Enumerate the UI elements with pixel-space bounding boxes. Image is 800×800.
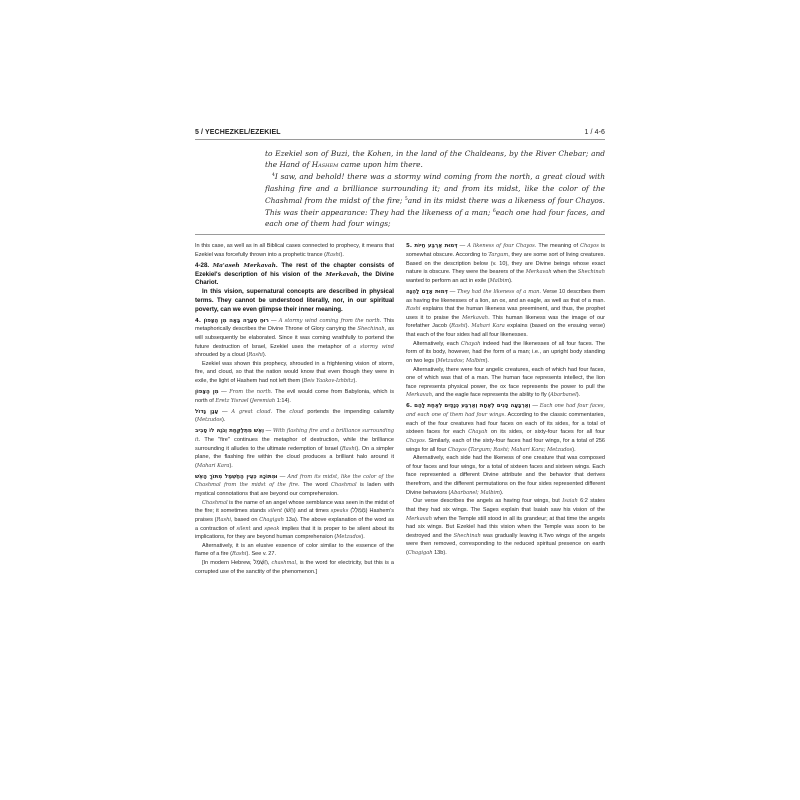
commentary-paragraph: In this case, as well as in all Biblical… bbox=[195, 242, 394, 259]
italic-citation: Isaiah bbox=[562, 498, 578, 504]
text-run: [In modern Hebrew, חַשְׁמַל, bbox=[202, 560, 272, 566]
text-run: wanted to perform an act in exile ( bbox=[406, 278, 490, 284]
text-run: Alternatively, there were four angelic c… bbox=[406, 367, 605, 390]
text-run: Alternatively, it is an elusive essence … bbox=[195, 543, 394, 558]
italic-citation: Shechinah bbox=[454, 533, 481, 539]
italic-citation: Jeremiah bbox=[252, 398, 275, 404]
commentary-paragraph: Alternatively, each side had the likenes… bbox=[406, 454, 605, 497]
italic-citation: Chashmal bbox=[202, 500, 228, 506]
verse-3-continuation: to Ezekiel son of Buzi, the Kohen, in th… bbox=[265, 148, 605, 170]
text-run: and bbox=[251, 526, 265, 532]
text-run: ). bbox=[229, 463, 232, 469]
commentary-paragraph: וּמִתּוֹכָהּ כְּעֵין הַחַשְׁמַל מִתּוֹךְ… bbox=[195, 473, 394, 499]
commentary-paragraph: 5. דְּמוּת אַרְבַּע חַיּוֹת — A likeness… bbox=[406, 242, 605, 285]
text-run: In this case, as well as in all Biblical… bbox=[195, 243, 394, 258]
italic-citation: cloud bbox=[289, 409, 303, 415]
hebrew-lemma: רוּחַ סְעָרָה בָּאָה מִן הַצָּפוֹן bbox=[203, 318, 268, 324]
text-run: — bbox=[278, 474, 288, 480]
italic-citation: Chayos bbox=[448, 447, 467, 453]
italic-citation: Targum; Rashi; Mahari Kara; Metzudos bbox=[470, 447, 572, 453]
hebrew-lemma: וְאֵשׁ מִתְלַקַּחַת וְנֹגַהּ לוֹ סָבִיב bbox=[195, 428, 264, 434]
italic-citation: A likeness of four Chayos. bbox=[467, 243, 536, 249]
text-run: ). bbox=[509, 278, 512, 284]
italic-citation: Metzudos bbox=[336, 534, 361, 540]
text-run: came upon him there. bbox=[338, 160, 423, 169]
italic-citation: Beis Yaakov-Izhbitz bbox=[304, 378, 354, 384]
italic-citation: Rashi bbox=[232, 551, 247, 557]
italic-citation: Merkavah bbox=[406, 392, 432, 398]
italic-citation: Metzudos bbox=[197, 417, 222, 423]
italic-citation: Chayah bbox=[468, 429, 487, 435]
italic-citation: Eretz Yisrael bbox=[215, 398, 248, 404]
text-run: ). bbox=[572, 447, 575, 453]
italic-citation: Chashmal bbox=[331, 482, 357, 488]
italic-citation: Shechinah bbox=[578, 269, 605, 275]
text-run: on its sides, or sixty-four faces for al… bbox=[488, 429, 605, 435]
italic-citation: Rashi bbox=[451, 323, 466, 329]
section-heading: 4-28. Ma'aseh Merkavah. The rest of the … bbox=[195, 262, 394, 288]
text-run: The word bbox=[300, 482, 331, 488]
italic-citation: Malbim bbox=[490, 278, 510, 284]
italic-citation: speak bbox=[264, 526, 279, 532]
italic-citation: Ma'aseh Merkavah. bbox=[213, 263, 278, 269]
italic-citation: Shechinah bbox=[358, 326, 385, 332]
commentary-left-column: In this case, as well as in all Biblical… bbox=[195, 242, 394, 578]
commentary-paragraph: Our verse describes the angels as having… bbox=[406, 497, 605, 557]
italic-citation: silent bbox=[236, 526, 250, 532]
italic-citation: chashmal bbox=[272, 560, 297, 566]
italic-citation: Chayos bbox=[406, 438, 425, 444]
text-run: — bbox=[448, 289, 457, 295]
commentary-paragraph: 4. רוּחַ סְעָרָה בָּאָה מִן הַצָּפוֹן — … bbox=[195, 317, 394, 360]
commentary-paragraph: Alternatively, there were four angelic c… bbox=[406, 366, 605, 401]
commentary-paragraph: [In modern Hebrew, חַשְׁמַל, chashmal, i… bbox=[195, 559, 394, 576]
italic-citation: Merkavah bbox=[526, 269, 552, 275]
hebrew-lemma: עָנָן גָּדוֹל bbox=[195, 409, 218, 415]
commentary-paragraph: 6. וְאַרְבָּעָה פָנִים לְאֶחָת וְאַרְבַּ… bbox=[406, 402, 605, 454]
text-run: ). bbox=[500, 490, 503, 496]
commentary: In this case, as well as in all Biblical… bbox=[195, 242, 605, 578]
hebrew-lemma: דְּמוּת אָדָם לָהֵנָּה bbox=[406, 289, 448, 295]
verses-4-6: 4I saw, and behold! there was a stormy w… bbox=[265, 170, 605, 229]
text-run: ). bbox=[263, 352, 266, 358]
italic-citation: Rashi bbox=[217, 517, 232, 523]
commentary-paragraph: Alternatively, each Chayah indeed had th… bbox=[406, 340, 605, 366]
divider-rule bbox=[195, 234, 605, 235]
italic-citation: silent bbox=[268, 508, 282, 514]
italic-citation: Merkavah bbox=[462, 315, 488, 321]
chapter-verse-range: 1 / 4-6 bbox=[584, 129, 605, 136]
text-run: shrouded by a cloud ( bbox=[195, 352, 248, 358]
text-run: 4-28. bbox=[195, 262, 213, 269]
text-run: ). bbox=[486, 358, 489, 364]
text-run: ). bbox=[577, 392, 580, 398]
text-run: Alternatively, each bbox=[413, 341, 461, 347]
text-run: ). bbox=[222, 417, 225, 423]
italic-citation: Rashi bbox=[406, 306, 421, 312]
italic-citation: a stormy wind bbox=[353, 344, 394, 350]
commentary-paragraph: Chashmal is the name of an angel whose s… bbox=[195, 499, 394, 542]
italic-citation: Rashi bbox=[248, 352, 263, 358]
text-run: (חַשׁ) and at times bbox=[282, 508, 331, 514]
commentary-paragraph: מִן הַצָּפוֹן — From the north. The evil… bbox=[195, 388, 394, 405]
text-run: — bbox=[458, 243, 468, 249]
text-run: Our verse describes the angels as having… bbox=[413, 498, 562, 504]
italic-citation: Mahari Kara bbox=[197, 463, 230, 469]
text-run: , and the eagle face represents the abil… bbox=[432, 392, 550, 398]
commentary-paragraph: דְּמוּת אָדָם לָהֵנָּה — They had the li… bbox=[406, 288, 605, 340]
commentary-paragraph: עָנָן גָּדוֹל — A great cloud. The cloud… bbox=[195, 408, 394, 425]
text-run: ). bbox=[341, 252, 344, 258]
italic-citation: Chayos bbox=[580, 243, 599, 249]
text-run: ). bbox=[354, 378, 357, 384]
text-run: ). See v. 27. bbox=[247, 551, 277, 557]
italic-citation: Metzudos; Malbim bbox=[437, 358, 485, 364]
text-run: 1:14). bbox=[275, 398, 291, 404]
italic-citation: From the north. bbox=[229, 389, 272, 395]
commentary-paragraph: Ezekiel was shown this prophecy, shroude… bbox=[195, 360, 394, 386]
commentary-right-column: 5. דְּמוּת אַרְבַּע חַיּוֹת — A likeness… bbox=[406, 242, 605, 578]
commentary-paragraph: וְאֵשׁ מִתְלַקַּחַת וְנֹגַהּ לוֹ סָבִיב … bbox=[195, 427, 394, 470]
text-run: when the bbox=[552, 269, 578, 275]
text-run: — bbox=[264, 428, 273, 434]
italic-citation: Rashi bbox=[342, 446, 357, 452]
italic-citation: Abarbanel; Malbim bbox=[450, 490, 500, 496]
italic-citation: Rashi bbox=[326, 252, 341, 258]
section-intro: In this vision, supernatural concepts ar… bbox=[195, 288, 394, 314]
hebrew-lemma: דְּמוּת אַרְבַּע חַיּוֹת bbox=[414, 243, 457, 249]
running-head-title: 5 / YECHEZKEL/EZEKIEL bbox=[195, 129, 281, 136]
hebrew-lemma: וּמִתּוֹכָהּ כְּעֵין הַחַשְׁמַל מִתּוֹךְ… bbox=[195, 474, 278, 480]
text-run: , based on bbox=[231, 517, 259, 523]
text-run: 6. bbox=[406, 403, 414, 409]
italic-citation: Targum bbox=[488, 252, 508, 258]
running-head: 5 / YECHEZKEL/EZEKIEL 1 / 4-6 bbox=[195, 129, 605, 140]
italic-citation: Chayah bbox=[461, 341, 480, 347]
text-run: — bbox=[531, 403, 540, 409]
text-run: Ezekiel was shown this prophecy, shroude… bbox=[195, 361, 394, 384]
divine-name: Hashem bbox=[312, 160, 339, 169]
italic-citation: A stormy wind coming from the north. bbox=[279, 318, 382, 324]
text-run: — bbox=[218, 409, 231, 415]
italic-citation: Chagigah bbox=[408, 550, 433, 556]
italic-citation: speaks bbox=[331, 508, 349, 514]
book-page: 5 / YECHEZKEL/EZEKIEL 1 / 4-6 to Ezekiel… bbox=[195, 129, 605, 579]
italic-citation: Chagigah bbox=[259, 517, 284, 523]
text-run: 13b). bbox=[433, 550, 447, 556]
hebrew-lemma: מִן הַצָּפוֹן bbox=[195, 389, 219, 395]
text-run: The meaning of bbox=[536, 243, 580, 249]
italic-citation: Mahari Kara bbox=[471, 323, 504, 329]
italic-citation: Abarbanel bbox=[550, 392, 577, 398]
italic-citation: They had the likeness of a man. bbox=[457, 289, 541, 295]
text-run: ). bbox=[361, 534, 364, 540]
commentary-paragraph: Alternatively, it is an elusive essence … bbox=[195, 542, 394, 559]
italic-citation: A great cloud. bbox=[231, 409, 272, 415]
text-run: Alternatively, each side had the likenes… bbox=[406, 455, 605, 496]
hebrew-lemma: וְאַרְבָּעָה פָנִים לְאֶחָת וְאַרְבַּע כ… bbox=[414, 403, 530, 409]
verse-translation: to Ezekiel son of Buzi, the Kohen, in th… bbox=[265, 148, 605, 229]
italic-citation: Merkavah bbox=[325, 272, 357, 278]
text-run: The bbox=[272, 409, 289, 415]
text-run: — bbox=[269, 318, 279, 324]
text-run: — bbox=[219, 389, 230, 395]
italic-citation: Merkavah bbox=[406, 516, 432, 522]
